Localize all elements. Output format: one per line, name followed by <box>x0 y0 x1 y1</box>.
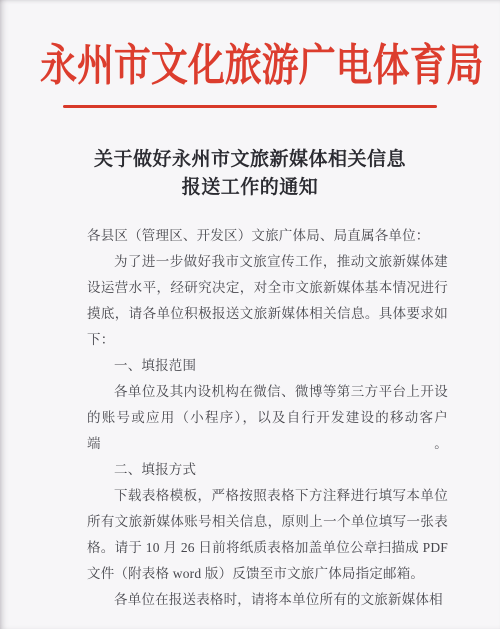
body-line: 设运营水平，经研究决定，对全市文旅新媒体基本情况进行 <box>87 275 448 301</box>
scanned-notice-page: 永州市文化旅游广电体育局 关于做好永州市文旅新媒体相关信息 报送工作的通知 各县… <box>0 0 500 629</box>
section-heading: 一、填报范围 <box>87 353 448 379</box>
document-title-line-2: 报送工作的通知 <box>0 174 500 202</box>
body-line: 所有文旅新媒体账号相关信息，原则上一个单位填写一张表 <box>87 509 448 535</box>
document-title-line-1: 关于做好永州市文旅新媒体相关信息 <box>0 146 500 174</box>
body-line: 的账号或应用（小程序），以及自行开发建设的移动客户端。 <box>87 405 448 457</box>
body-line: 下： <box>87 327 448 353</box>
document-title: 关于做好永州市文旅新媒体相关信息 报送工作的通知 <box>0 146 500 202</box>
salutation-line: 各县区（管理区、开发区）文旅广体局、局直属各单位： <box>87 223 448 249</box>
document-body: 各县区（管理区、开发区）文旅广体局、局直属各单位： 为了进一步做好我市文旅宣传工… <box>87 223 448 613</box>
body-line: 为了进一步做好我市文旅宣传工作，推动文旅新媒体建 <box>87 249 448 275</box>
body-line: 各单位及其内设机构在微信、微博等第三方平台上开设 <box>87 379 448 405</box>
section-heading: 二、填报方式 <box>87 457 448 483</box>
body-line: 各单位在报送表格时，请将本单位所有的文旅新媒体相 <box>87 587 448 613</box>
letterhead-divider-line <box>63 105 437 108</box>
body-line: 格。请于 10 月 26 日前将纸质表格加盖单位公章扫描成 PDF <box>87 535 448 561</box>
body-line: 文件（附表格 word 版）反馈至市文旅广体局指定邮箱。 <box>87 561 448 587</box>
body-line: 下载表格模板，严格按照表格下方注释进行填写本单位 <box>87 483 448 509</box>
agency-letterhead: 永州市文化旅游广电体育局 <box>40 38 460 94</box>
body-line: 摸底，请各单位积极报送文旅新媒体相关信息。具体要求如 <box>87 301 448 327</box>
